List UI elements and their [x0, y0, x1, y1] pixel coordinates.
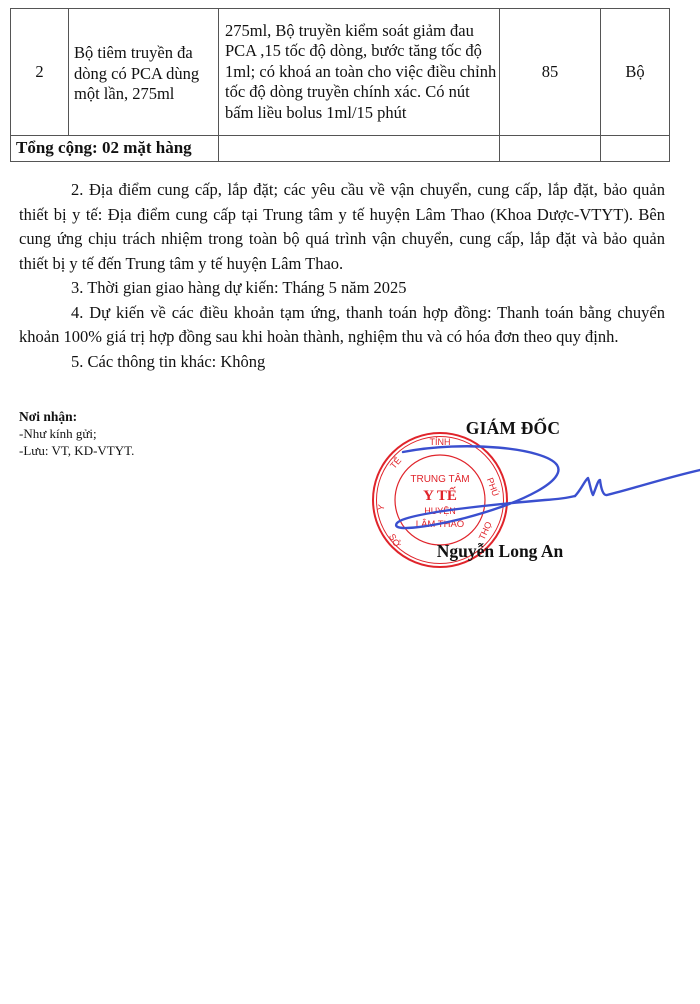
total-label: Tổng cộng: 02 mặt hàng — [11, 136, 219, 162]
signer-name: Nguyễn Long An — [400, 541, 600, 562]
item-name: Bộ tiêm truyền đa dòng có PCA dùng một l… — [74, 39, 218, 105]
item-description: 275ml, Bộ truyền kiểm soát giảm đau PCA … — [225, 21, 499, 124]
document-page: 2 Bộ tiêm truyền đa dòng có PCA dùng một… — [0, 0, 700, 1004]
table-total-row: Tổng cộng: 02 mặt hàng — [11, 136, 670, 162]
item-quantity-cell: 85 — [500, 9, 601, 136]
total-empty-cell — [219, 136, 500, 162]
paragraph-delivery-time: 3. Thời gian giao hàng dự kiến: Tháng 5 … — [19, 276, 665, 301]
recipient-item: -Như kính gửi; — [19, 425, 134, 442]
recipients-label: Nơi nhận: — [19, 408, 134, 425]
item-unit-cell: Bộ — [601, 9, 670, 136]
paragraph-payment-terms: 4. Dự kiến về các điều khoản tạm ứng, th… — [19, 301, 665, 350]
paragraph-other-info: 5. Các thông tin khác: Không — [19, 350, 665, 375]
table-row: 2 Bộ tiêm truyền đa dòng có PCA dùng một… — [11, 9, 670, 136]
item-name-cell: Bộ tiêm truyền đa dòng có PCA dùng một l… — [69, 9, 219, 136]
item-description-cell: 275ml, Bộ truyền kiểm soát giảm đau PCA … — [219, 9, 500, 136]
item-number-cell: 2 — [11, 9, 69, 136]
total-empty-cell — [601, 136, 670, 162]
total-empty-cell — [500, 136, 601, 162]
items-table: 2 Bộ tiêm truyền đa dòng có PCA dùng một… — [10, 8, 670, 162]
recipient-item: -Lưu: VT, KD-VTYT. — [19, 442, 134, 459]
paragraph-delivery-location: 2. Địa điểm cung cấp, lắp đặt; các yêu c… — [19, 178, 665, 276]
body-paragraphs: 2. Địa điểm cung cấp, lắp đặt; các yêu c… — [19, 178, 665, 374]
handwritten-signature-icon — [385, 440, 700, 550]
recipients-block: Nơi nhận: -Như kính gửi; -Lưu: VT, KD-VT… — [19, 408, 134, 459]
